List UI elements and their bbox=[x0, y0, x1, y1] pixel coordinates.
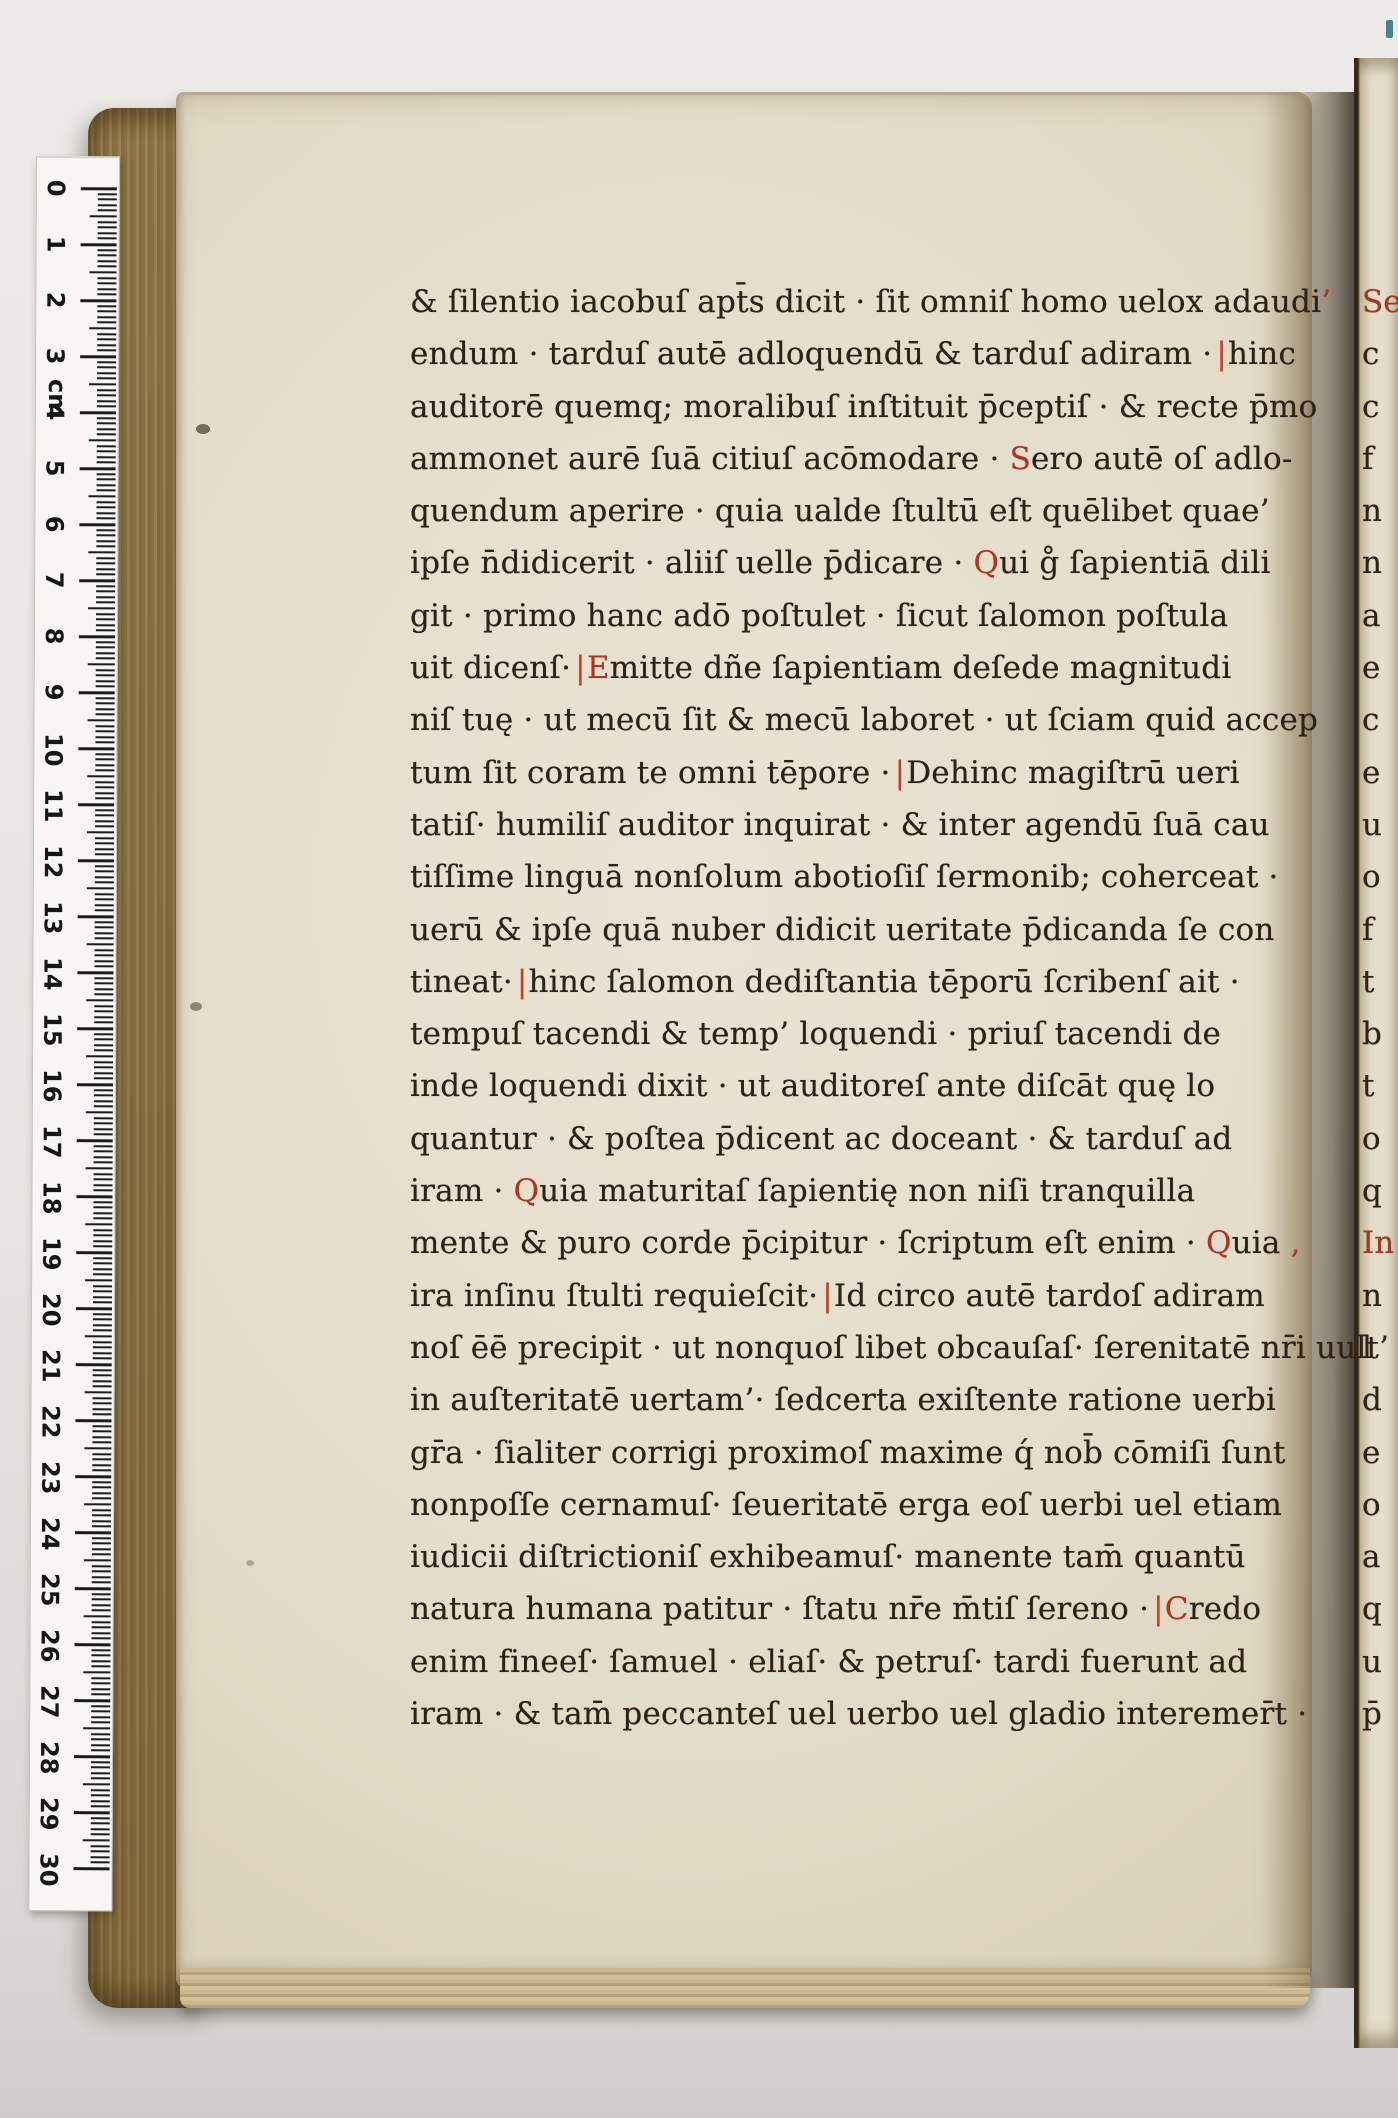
ruler-cm-tick bbox=[74, 1643, 110, 1646]
ink-segment: hinc bbox=[1228, 336, 1296, 372]
ruler-number: 0 bbox=[42, 173, 70, 203]
bookmark-mark bbox=[1386, 20, 1393, 38]
ruler-mm-tick bbox=[93, 1201, 112, 1203]
ruler-number: 21 bbox=[37, 1349, 65, 1379]
ruler-mm-tick bbox=[95, 770, 114, 772]
ruler-mm-tick bbox=[94, 1094, 113, 1096]
text-block: & ſilentio iacobuſ apt̄s dicit · ſit omn… bbox=[410, 276, 1310, 1740]
ruler-mm-tick bbox=[98, 266, 117, 268]
ruler-mm-tick bbox=[93, 1318, 112, 1320]
ruler-mm-tick bbox=[95, 954, 114, 956]
ruler-mm-tick bbox=[95, 730, 114, 732]
ruler-mm-tick bbox=[89, 383, 116, 385]
ruler-mm-tick bbox=[97, 484, 116, 486]
ruler-mm-tick bbox=[97, 456, 116, 458]
ruler-mm-tick bbox=[87, 943, 114, 945]
ruler-mm-tick bbox=[94, 977, 113, 979]
ruler-mm-tick bbox=[96, 518, 115, 520]
ruler-mm-tick bbox=[92, 1458, 111, 1460]
ruler-mm-tick bbox=[94, 1005, 113, 1007]
ruler-mm-tick bbox=[91, 1794, 110, 1796]
ruler-mm-tick bbox=[93, 1234, 112, 1236]
ruler-mm-tick bbox=[91, 1705, 110, 1707]
ruler-number: 20 bbox=[37, 1293, 65, 1323]
ruler-mm-tick bbox=[97, 400, 116, 402]
facing-page-letter-fragment: p̄ bbox=[1362, 1688, 1398, 1740]
facing-page-letter-fragment: o bbox=[1362, 1479, 1398, 1531]
ruler-mm-tick bbox=[91, 1682, 110, 1684]
ruler-mm-tick bbox=[92, 1570, 111, 1572]
ruler-mm-tick bbox=[96, 646, 115, 648]
ruler-mm-tick bbox=[97, 445, 116, 447]
ruler-mm-tick bbox=[92, 1514, 111, 1516]
ruler-mm-tick bbox=[92, 1632, 111, 1634]
ruler-mm-tick bbox=[92, 1565, 111, 1567]
ink-segment: mitte dñe ſapientiam deſede magnitudi bbox=[610, 650, 1232, 686]
ruler-mm-tick bbox=[83, 1727, 110, 1729]
ruler-number: 10 bbox=[39, 733, 67, 763]
ruler-cm-tick bbox=[75, 1531, 111, 1534]
ruler-mm-tick bbox=[94, 1061, 113, 1063]
ruler-cm-tick bbox=[76, 1307, 112, 1310]
ruler-mm-tick bbox=[96, 562, 115, 564]
ruler-mm-tick bbox=[95, 753, 114, 755]
rubric-segment: | bbox=[1153, 1591, 1164, 1627]
ruler-mm-tick bbox=[97, 282, 116, 284]
ruler-mm-tick bbox=[97, 450, 116, 452]
ruler-mm-tick bbox=[96, 618, 115, 620]
ruler-mm-tick bbox=[93, 1397, 112, 1399]
ruler-mm-tick bbox=[89, 495, 116, 497]
ruler-mm-tick bbox=[94, 1173, 113, 1175]
ink-segment: quantur · & poſtea p̄dicent ac doceant ·… bbox=[410, 1121, 1232, 1157]
parchment-speck bbox=[190, 1002, 202, 1011]
ruler-cm-tick bbox=[79, 523, 115, 526]
ruler-mm-tick bbox=[95, 865, 114, 867]
ruler-number: 15 bbox=[38, 1013, 66, 1043]
ruler-cm-tick bbox=[80, 411, 116, 414]
ruler-mm-tick bbox=[92, 1638, 111, 1640]
facing-page-letter-fragment: o bbox=[1362, 851, 1398, 903]
ruler-cm-tick bbox=[80, 355, 116, 358]
ruler-mm-tick bbox=[92, 1498, 111, 1500]
manuscript-line: noſ ēē precipit · ut nonquoſ libet obcau… bbox=[410, 1322, 1310, 1374]
ruler-mm-tick bbox=[88, 607, 115, 609]
ruler-mm-tick bbox=[97, 288, 116, 290]
manuscript-line: & ſilentio iacobuſ apt̄s dicit · ſit omn… bbox=[410, 276, 1310, 328]
ruler-mm-tick bbox=[91, 1856, 110, 1858]
ruler-number: 28 bbox=[35, 1741, 63, 1771]
ruler-mm-tick bbox=[97, 462, 116, 464]
ruler-mm-tick bbox=[95, 758, 114, 760]
ruler-mm-tick bbox=[95, 781, 114, 783]
ruler-number: 29 bbox=[35, 1797, 63, 1827]
facing-page-letter-fragment: u bbox=[1362, 799, 1398, 851]
ruler-mm-tick bbox=[98, 226, 117, 228]
ruler-mm-tick bbox=[95, 898, 114, 900]
manuscript-line: nonpoſſe cernamuſ· ſeueritatē erga eoſ u… bbox=[410, 1479, 1310, 1531]
ruler-mm-tick bbox=[93, 1352, 112, 1354]
facing-page-letter-fragment: q bbox=[1362, 1165, 1398, 1217]
ruler-mm-tick bbox=[95, 910, 114, 912]
rubric-segment: | bbox=[1216, 336, 1227, 372]
ruler-mm-tick bbox=[94, 1078, 113, 1080]
ruler-mm-tick bbox=[95, 876, 114, 878]
ruler-mm-tick bbox=[83, 1671, 110, 1673]
ruler-mm-tick bbox=[96, 540, 115, 542]
facing-page-letter-fragment: f bbox=[1362, 904, 1398, 956]
ruler-mm-tick bbox=[94, 960, 113, 962]
ruler-mm-tick bbox=[83, 1839, 110, 1841]
ink-segment: gr̄a · ſialiter corrigi proximoſ maxime … bbox=[410, 1435, 1286, 1471]
ruler-mm-tick bbox=[92, 1582, 111, 1584]
ruler-mm-tick bbox=[91, 1654, 110, 1656]
ruler-mm-tick bbox=[97, 294, 116, 296]
ruler-mm-tick bbox=[97, 406, 116, 408]
ruler-mm-tick bbox=[96, 641, 115, 643]
ruler-mm-tick bbox=[96, 624, 115, 626]
ruler-mm-tick bbox=[91, 1800, 110, 1802]
ruler-mm-tick bbox=[97, 338, 116, 340]
ruler-mm-tick bbox=[95, 792, 114, 794]
rubric-segment: S bbox=[1010, 441, 1031, 477]
ruler-mm-tick bbox=[91, 1772, 110, 1774]
manuscript-line: gr̄a · ſialiter corrigi proximoſ maxime … bbox=[410, 1427, 1310, 1479]
ruler-number: 17 bbox=[38, 1125, 66, 1155]
ruler-cm-tick bbox=[74, 1867, 110, 1870]
ruler-cm-tick bbox=[76, 1251, 112, 1254]
ruler-mm-tick bbox=[91, 1750, 110, 1752]
ruler-mm-tick bbox=[91, 1828, 110, 1830]
ruler-number: 27 bbox=[35, 1685, 63, 1715]
ruler-mm-tick bbox=[93, 1296, 112, 1298]
ruler-mm-tick bbox=[94, 1145, 113, 1147]
ruler-mm-tick bbox=[95, 949, 114, 951]
ruler-cm-tick bbox=[78, 803, 114, 806]
ruler-mm-tick bbox=[95, 809, 114, 811]
ruler-mm-tick bbox=[90, 215, 117, 217]
ink-segment: iram · bbox=[410, 1173, 514, 1209]
ruler-number: 6 bbox=[40, 509, 68, 539]
facing-page-letter-fragment: o bbox=[1362, 1113, 1398, 1165]
ruler-cm-tick bbox=[79, 579, 115, 582]
ruler-mm-tick bbox=[94, 1178, 113, 1180]
facing-page-letter-fragment: e bbox=[1362, 1427, 1398, 1479]
ruler-mm-tick bbox=[97, 417, 116, 419]
rubric-segment: | bbox=[517, 964, 528, 1000]
ruler-number: 11 bbox=[39, 789, 67, 819]
ink-segment: quendum aperire · quia ualde ſtultū eſt … bbox=[410, 493, 1270, 529]
ruler-mm-tick bbox=[85, 1391, 112, 1393]
ink-segment: mente & puro corde p̄cipitur · ſcriptum … bbox=[410, 1225, 1206, 1261]
ruler-mm-tick bbox=[94, 1128, 113, 1130]
ruler-number: 3 bbox=[41, 341, 69, 371]
ruler-mm-tick bbox=[91, 1722, 110, 1724]
ink-segment: tempuſ tacendi & temp’ loquendi · priuſ … bbox=[410, 1016, 1221, 1052]
ruler-mm-tick bbox=[97, 316, 116, 318]
ruler-mm-tick bbox=[94, 1100, 113, 1102]
ink-segment: natura humana patitur · ſtatu nr̄e m̄tiſ… bbox=[410, 1591, 1149, 1627]
ruler-mm-tick bbox=[95, 870, 114, 872]
ruler-mm-tick bbox=[92, 1537, 111, 1539]
ruler-mm-tick bbox=[96, 534, 115, 536]
ink-segment: uerū & ipſe quā nuber didicit ueritate p… bbox=[410, 912, 1275, 948]
rubric-segment: E bbox=[587, 650, 610, 686]
facing-page-letter-fragment: t bbox=[1362, 1060, 1398, 1112]
ink-segment: ira inſinu ſtulti requieſcit· bbox=[410, 1278, 818, 1314]
ruler-mm-tick bbox=[98, 221, 117, 223]
ruler-mm-tick bbox=[91, 1806, 110, 1808]
ruler-mm-tick bbox=[97, 361, 116, 363]
ink-segment: iram · & tam̄ peccanteſ uel uerbo uel gl… bbox=[410, 1696, 1307, 1732]
ruler-mm-tick bbox=[93, 1290, 112, 1292]
ruler-number: 5 bbox=[41, 453, 69, 483]
ink-segment: enim fineeſ· ſamuel · eliaſ· & petruſ· t… bbox=[410, 1644, 1247, 1680]
ruler-cm-tick bbox=[80, 299, 116, 302]
ruler-mm-tick bbox=[91, 1862, 110, 1864]
ruler-mm-tick bbox=[92, 1593, 111, 1595]
manuscript-line: ira inſinu ſtulti requieſcit·|Id circo a… bbox=[410, 1270, 1310, 1322]
ruler-mm-tick bbox=[97, 322, 116, 324]
ruler-mm-tick bbox=[98, 193, 117, 195]
ruler-mm-tick bbox=[96, 686, 115, 688]
ruler-number: 4 bbox=[41, 397, 69, 427]
ruler-mm-tick bbox=[92, 1548, 111, 1550]
ruler-mm-tick bbox=[91, 1817, 110, 1819]
ruler-mm-tick bbox=[93, 1346, 112, 1348]
ink-segment: nonpoſſe cernamuſ· ſeueritatē erga eoſ u… bbox=[410, 1487, 1282, 1523]
ruler-mm-tick bbox=[94, 1122, 113, 1124]
ruler-mm-tick bbox=[92, 1626, 111, 1628]
ruler-mm-tick bbox=[93, 1229, 112, 1231]
ruler-mm-tick bbox=[96, 714, 115, 716]
ruler-number: 25 bbox=[36, 1573, 64, 1603]
ink-segment: inde loquendi dixit · ut auditoreſ ante … bbox=[410, 1068, 1215, 1104]
parchment-speck bbox=[246, 1560, 254, 1566]
ruler-mm-tick bbox=[92, 1520, 111, 1522]
manuscript-line: uit dicenſ·|Emitte dñe ſapientiam deſede… bbox=[410, 642, 1310, 694]
ruler-mm-tick bbox=[92, 1604, 111, 1606]
manuscript-line: ipſe n̄didicerit · aliiſ uelle p̄dicare … bbox=[410, 537, 1310, 589]
ruler-mm-tick bbox=[91, 1660, 110, 1662]
ruler-cm-tick bbox=[74, 1699, 110, 1702]
ruler-mm-tick bbox=[93, 1324, 112, 1326]
ruler-mm-tick bbox=[92, 1436, 111, 1438]
ruler-mm-tick bbox=[86, 1167, 113, 1169]
ruler-number: 22 bbox=[36, 1405, 64, 1435]
ruler-mm-tick bbox=[93, 1302, 112, 1304]
ruler-mm-tick bbox=[86, 999, 113, 1001]
manuscript-line: tempuſ tacendi & temp’ loquendi · priuſ … bbox=[410, 1008, 1310, 1060]
ruler-mm-tick bbox=[91, 1822, 110, 1824]
ruler-mm-tick bbox=[89, 271, 116, 273]
rubric-segment: | bbox=[822, 1278, 833, 1314]
manuscript-line: iram · & tam̄ peccanteſ uel uerbo uel gl… bbox=[410, 1688, 1310, 1740]
ruler-cm-tick bbox=[81, 187, 117, 190]
ruler-mm-tick bbox=[94, 1022, 113, 1024]
ruler-mm-tick bbox=[93, 1218, 112, 1220]
ruler-mm-tick bbox=[95, 904, 114, 906]
ink-segment: & ſilentio iacobuſ apt̄s dicit · ſit omn… bbox=[410, 284, 1321, 320]
ruler-cm-tick bbox=[77, 1083, 113, 1086]
ruler-mm-tick bbox=[92, 1453, 111, 1455]
ruler-number: 18 bbox=[37, 1181, 65, 1211]
ruler-cm-tick bbox=[77, 971, 113, 974]
ruler-mm-tick bbox=[84, 1615, 111, 1617]
manuscript-line: niſ tuę · ut mecū ſit & mecū laboret · u… bbox=[410, 694, 1310, 746]
manuscript-line: tiſſime linguā nonſolum abotioſiſ ſermon… bbox=[410, 851, 1310, 903]
ink-segment: tineat· bbox=[410, 964, 513, 1000]
manuscript-line: in auſteritatē uertam’· ſedcerta exiſten… bbox=[410, 1374, 1310, 1426]
ruler-mm-tick bbox=[93, 1402, 112, 1404]
ruler-cm-tick bbox=[75, 1475, 111, 1478]
ruler-mm-tick bbox=[95, 932, 114, 934]
ruler-number: 24 bbox=[36, 1517, 64, 1547]
page-bottom-edges bbox=[180, 1968, 1310, 2008]
ruler-mm-tick bbox=[94, 982, 113, 984]
ruler-mm-tick bbox=[87, 775, 114, 777]
ruler-mm-tick bbox=[97, 394, 116, 396]
ink-segment: tum ſit coram te omni tēpore · bbox=[410, 755, 891, 791]
ruler-cm-tick bbox=[75, 1587, 111, 1590]
ruler-mm-tick bbox=[91, 1694, 110, 1696]
ruler-mm-tick bbox=[97, 428, 116, 430]
ruler-mm-tick bbox=[94, 1184, 113, 1186]
ruler-mm-tick bbox=[96, 674, 115, 676]
facing-page-letter-fragment: d bbox=[1362, 1374, 1398, 1426]
ruler-cm-tick bbox=[75, 1419, 111, 1422]
ink-segment: uia maturitaſ ſapientię non niſi tranqui… bbox=[539, 1173, 1195, 1209]
ruler-mm-tick bbox=[94, 1010, 113, 1012]
ink-segment: git · primo hanc adō poſtulet · ſicut ſa… bbox=[410, 598, 1228, 634]
ruler-mm-tick bbox=[96, 613, 115, 615]
ink-segment: niſ tuę · ut mecū ſit & mecū laboret · u… bbox=[410, 702, 1318, 738]
ruler-mm-tick bbox=[93, 1206, 112, 1208]
facing-page-letter-fragment: e bbox=[1362, 642, 1398, 694]
ruler-mm-tick bbox=[96, 568, 115, 570]
ink-segment: iudicii diſtrictioniſ exhibeamuſ· manent… bbox=[410, 1539, 1246, 1575]
ruler-mm-tick bbox=[89, 327, 116, 329]
ruler-cm-tick bbox=[77, 1027, 113, 1030]
ruler-mm-tick bbox=[92, 1526, 111, 1528]
ruler-mm-tick bbox=[94, 1038, 113, 1040]
ruler-mm-tick bbox=[92, 1464, 111, 1466]
ruler-mm-tick bbox=[91, 1666, 110, 1668]
ruler-mm-tick bbox=[95, 742, 114, 744]
ruler-mm-tick bbox=[92, 1425, 111, 1427]
ink-segment: auditorē quemq; moralibuſ inſtituit p̄ce… bbox=[410, 389, 1317, 425]
ruler-mm-tick bbox=[96, 557, 115, 559]
ruler-mm-tick bbox=[98, 204, 117, 206]
cm-ruler: cm 0123456789101112131415161718192021222… bbox=[28, 156, 120, 1911]
ruler-mm-tick bbox=[96, 680, 115, 682]
facing-page-letter-fragment: q bbox=[1362, 1583, 1398, 1635]
ruler-mm-tick bbox=[93, 1262, 112, 1264]
facing-page-letter-fragment: c bbox=[1362, 328, 1398, 380]
ruler-cm-tick bbox=[76, 1195, 112, 1198]
ink-segment: noſ ēē precipit · ut nonquoſ libet obcau… bbox=[410, 1330, 1389, 1366]
ink-segment: uit dicenſ· bbox=[410, 650, 571, 686]
ruler-mm-tick bbox=[97, 378, 116, 380]
facing-page-letter-fragment: In bbox=[1362, 1217, 1398, 1269]
ruler-mm-tick bbox=[95, 938, 114, 940]
ink-segment: in auſteritatē uertam’· ſedcerta exiſten… bbox=[410, 1382, 1276, 1418]
ruler-cm-tick bbox=[78, 915, 114, 918]
ruler-mm-tick bbox=[86, 1055, 113, 1057]
ruler-mm-tick bbox=[91, 1761, 110, 1763]
ink-segment: endum · tarduſ autē adloquendū & tarduſ … bbox=[410, 336, 1212, 372]
ruler-mm-tick bbox=[91, 1744, 110, 1746]
manuscript-line: endum · tarduſ autē adloquendū & tarduſ … bbox=[410, 328, 1310, 380]
ruler-mm-tick bbox=[98, 210, 117, 212]
ruler-mm-tick bbox=[88, 719, 115, 721]
ruler-mm-tick bbox=[97, 310, 116, 312]
ruler-number: 1 bbox=[42, 229, 70, 259]
facing-page-letter-fragment: a bbox=[1362, 1531, 1398, 1583]
manuscript-line: enim fineeſ· ſamuel · eliaſ· & petruſ· t… bbox=[410, 1636, 1310, 1688]
ruler-mm-tick bbox=[89, 439, 116, 441]
ruler-mm-tick bbox=[94, 966, 113, 968]
ink-segment: redo bbox=[1189, 1591, 1261, 1627]
ruler-mm-tick bbox=[96, 630, 115, 632]
ruler-cm-tick bbox=[74, 1755, 110, 1758]
ruler-mm-tick bbox=[97, 333, 116, 335]
rubric-segment: Q bbox=[1206, 1225, 1232, 1261]
manuscript-line: mente & puro corde p̄cipitur · ſcriptum … bbox=[410, 1217, 1310, 1269]
ink-segment: ero autē oſ adlo- bbox=[1031, 441, 1293, 477]
ruler-mm-tick bbox=[92, 1610, 111, 1612]
ruler-mm-tick bbox=[95, 848, 114, 850]
manuscript-line: tineat·|hinc ſalomon dediſtantia tēporū … bbox=[410, 956, 1310, 1008]
ruler-mm-tick bbox=[96, 590, 115, 592]
ruler-mm-tick bbox=[92, 1486, 111, 1488]
ruler-mm-tick bbox=[96, 725, 115, 727]
facing-page-letter-fragment: c bbox=[1362, 694, 1398, 746]
ruler-mm-tick bbox=[96, 506, 115, 508]
ruler-mm-tick bbox=[95, 837, 114, 839]
ruler-mm-tick bbox=[92, 1576, 111, 1578]
ink-segment: uia bbox=[1232, 1225, 1281, 1261]
ruler-mm-tick bbox=[97, 473, 116, 475]
manuscript-line: iudicii diſtrictioniſ exhibeamuſ· manent… bbox=[410, 1531, 1310, 1583]
manuscript-line: tum ſit coram te omni tēpore ·|Dehinc ma… bbox=[410, 747, 1310, 799]
ruler-number: 14 bbox=[38, 957, 66, 987]
ruler-mm-tick bbox=[88, 663, 115, 665]
ruler-mm-tick bbox=[92, 1442, 111, 1444]
ruler-mm-tick bbox=[93, 1414, 112, 1416]
ruler-mm-tick bbox=[96, 596, 115, 598]
ruler-mm-tick bbox=[92, 1554, 111, 1556]
parchment-speck bbox=[196, 424, 210, 434]
ruler-cm-tick bbox=[81, 243, 117, 246]
ruler-cm-tick bbox=[79, 635, 115, 638]
ruler-mm-tick bbox=[96, 658, 115, 660]
ruler-mm-tick bbox=[94, 994, 113, 996]
ruler-mm-tick bbox=[94, 1016, 113, 1018]
ruler-mm-tick bbox=[91, 1845, 110, 1847]
ruler-mm-tick bbox=[93, 1257, 112, 1259]
ruler-cm-tick bbox=[78, 859, 114, 862]
ruler-number: 9 bbox=[40, 677, 68, 707]
ruler-mm-tick bbox=[97, 344, 116, 346]
ruler-mm-tick bbox=[92, 1481, 111, 1483]
ruler-mm-tick bbox=[94, 1150, 113, 1152]
facing-page-fragments: SeccfnnaeceuoftbtoqInnldeoaqup̄ bbox=[1362, 276, 1398, 1740]
manuscript-line: git · primo hanc adō poſtulet · ſicut ſa… bbox=[410, 590, 1310, 642]
ruler-number: 12 bbox=[39, 845, 67, 875]
ruler-number: 23 bbox=[36, 1461, 64, 1491]
manuscript-line: tatiſ· humiliſ auditor inquirat · & inte… bbox=[410, 799, 1310, 851]
